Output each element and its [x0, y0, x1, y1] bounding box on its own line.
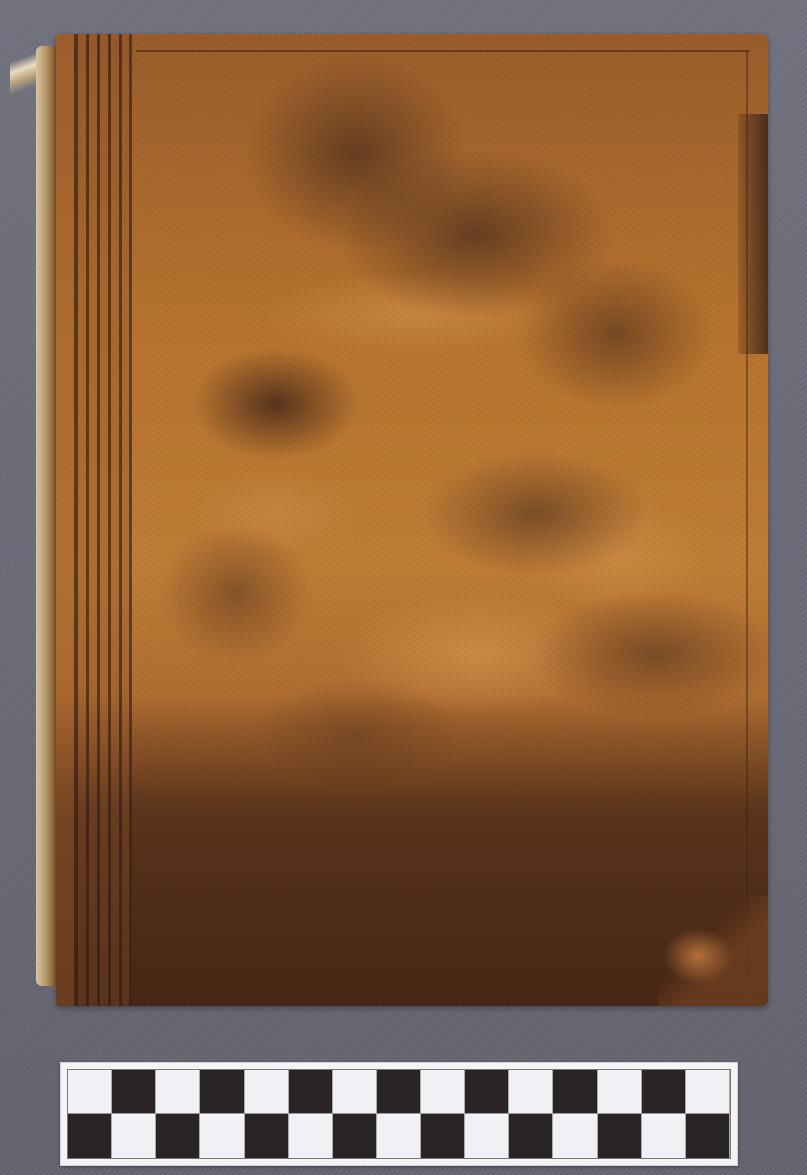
scale-cell-light	[598, 1070, 642, 1114]
scale-cell-dark	[686, 1114, 730, 1158]
scale-cell-dark	[112, 1070, 156, 1114]
scale-cell-light	[333, 1070, 377, 1114]
scale-cell-dark	[553, 1070, 597, 1114]
scale-cell-dark	[598, 1114, 642, 1158]
blind-tooled-line-top	[136, 50, 750, 52]
scale-cell-dark	[200, 1070, 244, 1114]
scale-cell-dark	[333, 1114, 377, 1158]
worn-corner	[658, 896, 768, 1006]
scale-cell-light	[200, 1114, 244, 1158]
scale-cell-dark	[68, 1114, 112, 1158]
leather-grain	[56, 34, 768, 1006]
scale-cell-light	[553, 1114, 597, 1158]
scale-cell-dark	[289, 1070, 333, 1114]
scale-cell-dark	[509, 1114, 553, 1158]
scale-cell-dark	[156, 1114, 200, 1158]
scale-cell-light	[421, 1070, 465, 1114]
scale-cell-light	[289, 1114, 333, 1158]
scale-cell-light	[465, 1114, 509, 1158]
book-cover	[56, 34, 768, 1006]
scale-cell-dark	[245, 1114, 289, 1158]
scale-cell-light	[686, 1070, 730, 1114]
scale-cell-light	[68, 1070, 112, 1114]
scale-cell-dark	[377, 1070, 421, 1114]
scale-cell-light	[509, 1070, 553, 1114]
scale-cell-dark	[421, 1114, 465, 1158]
scale-cell-light	[642, 1114, 686, 1158]
fore-edge-darkening	[738, 114, 768, 354]
scale-cell-dark	[642, 1070, 686, 1114]
scale-bar	[60, 1062, 738, 1166]
scale-cell-light	[245, 1070, 289, 1114]
scale-cell-dark	[465, 1070, 509, 1114]
checkerboard-scale	[67, 1069, 731, 1159]
scale-cell-light	[112, 1114, 156, 1158]
spine-ridges	[56, 34, 141, 1006]
scale-cell-light	[156, 1070, 200, 1114]
scale-cell-light	[377, 1114, 421, 1158]
